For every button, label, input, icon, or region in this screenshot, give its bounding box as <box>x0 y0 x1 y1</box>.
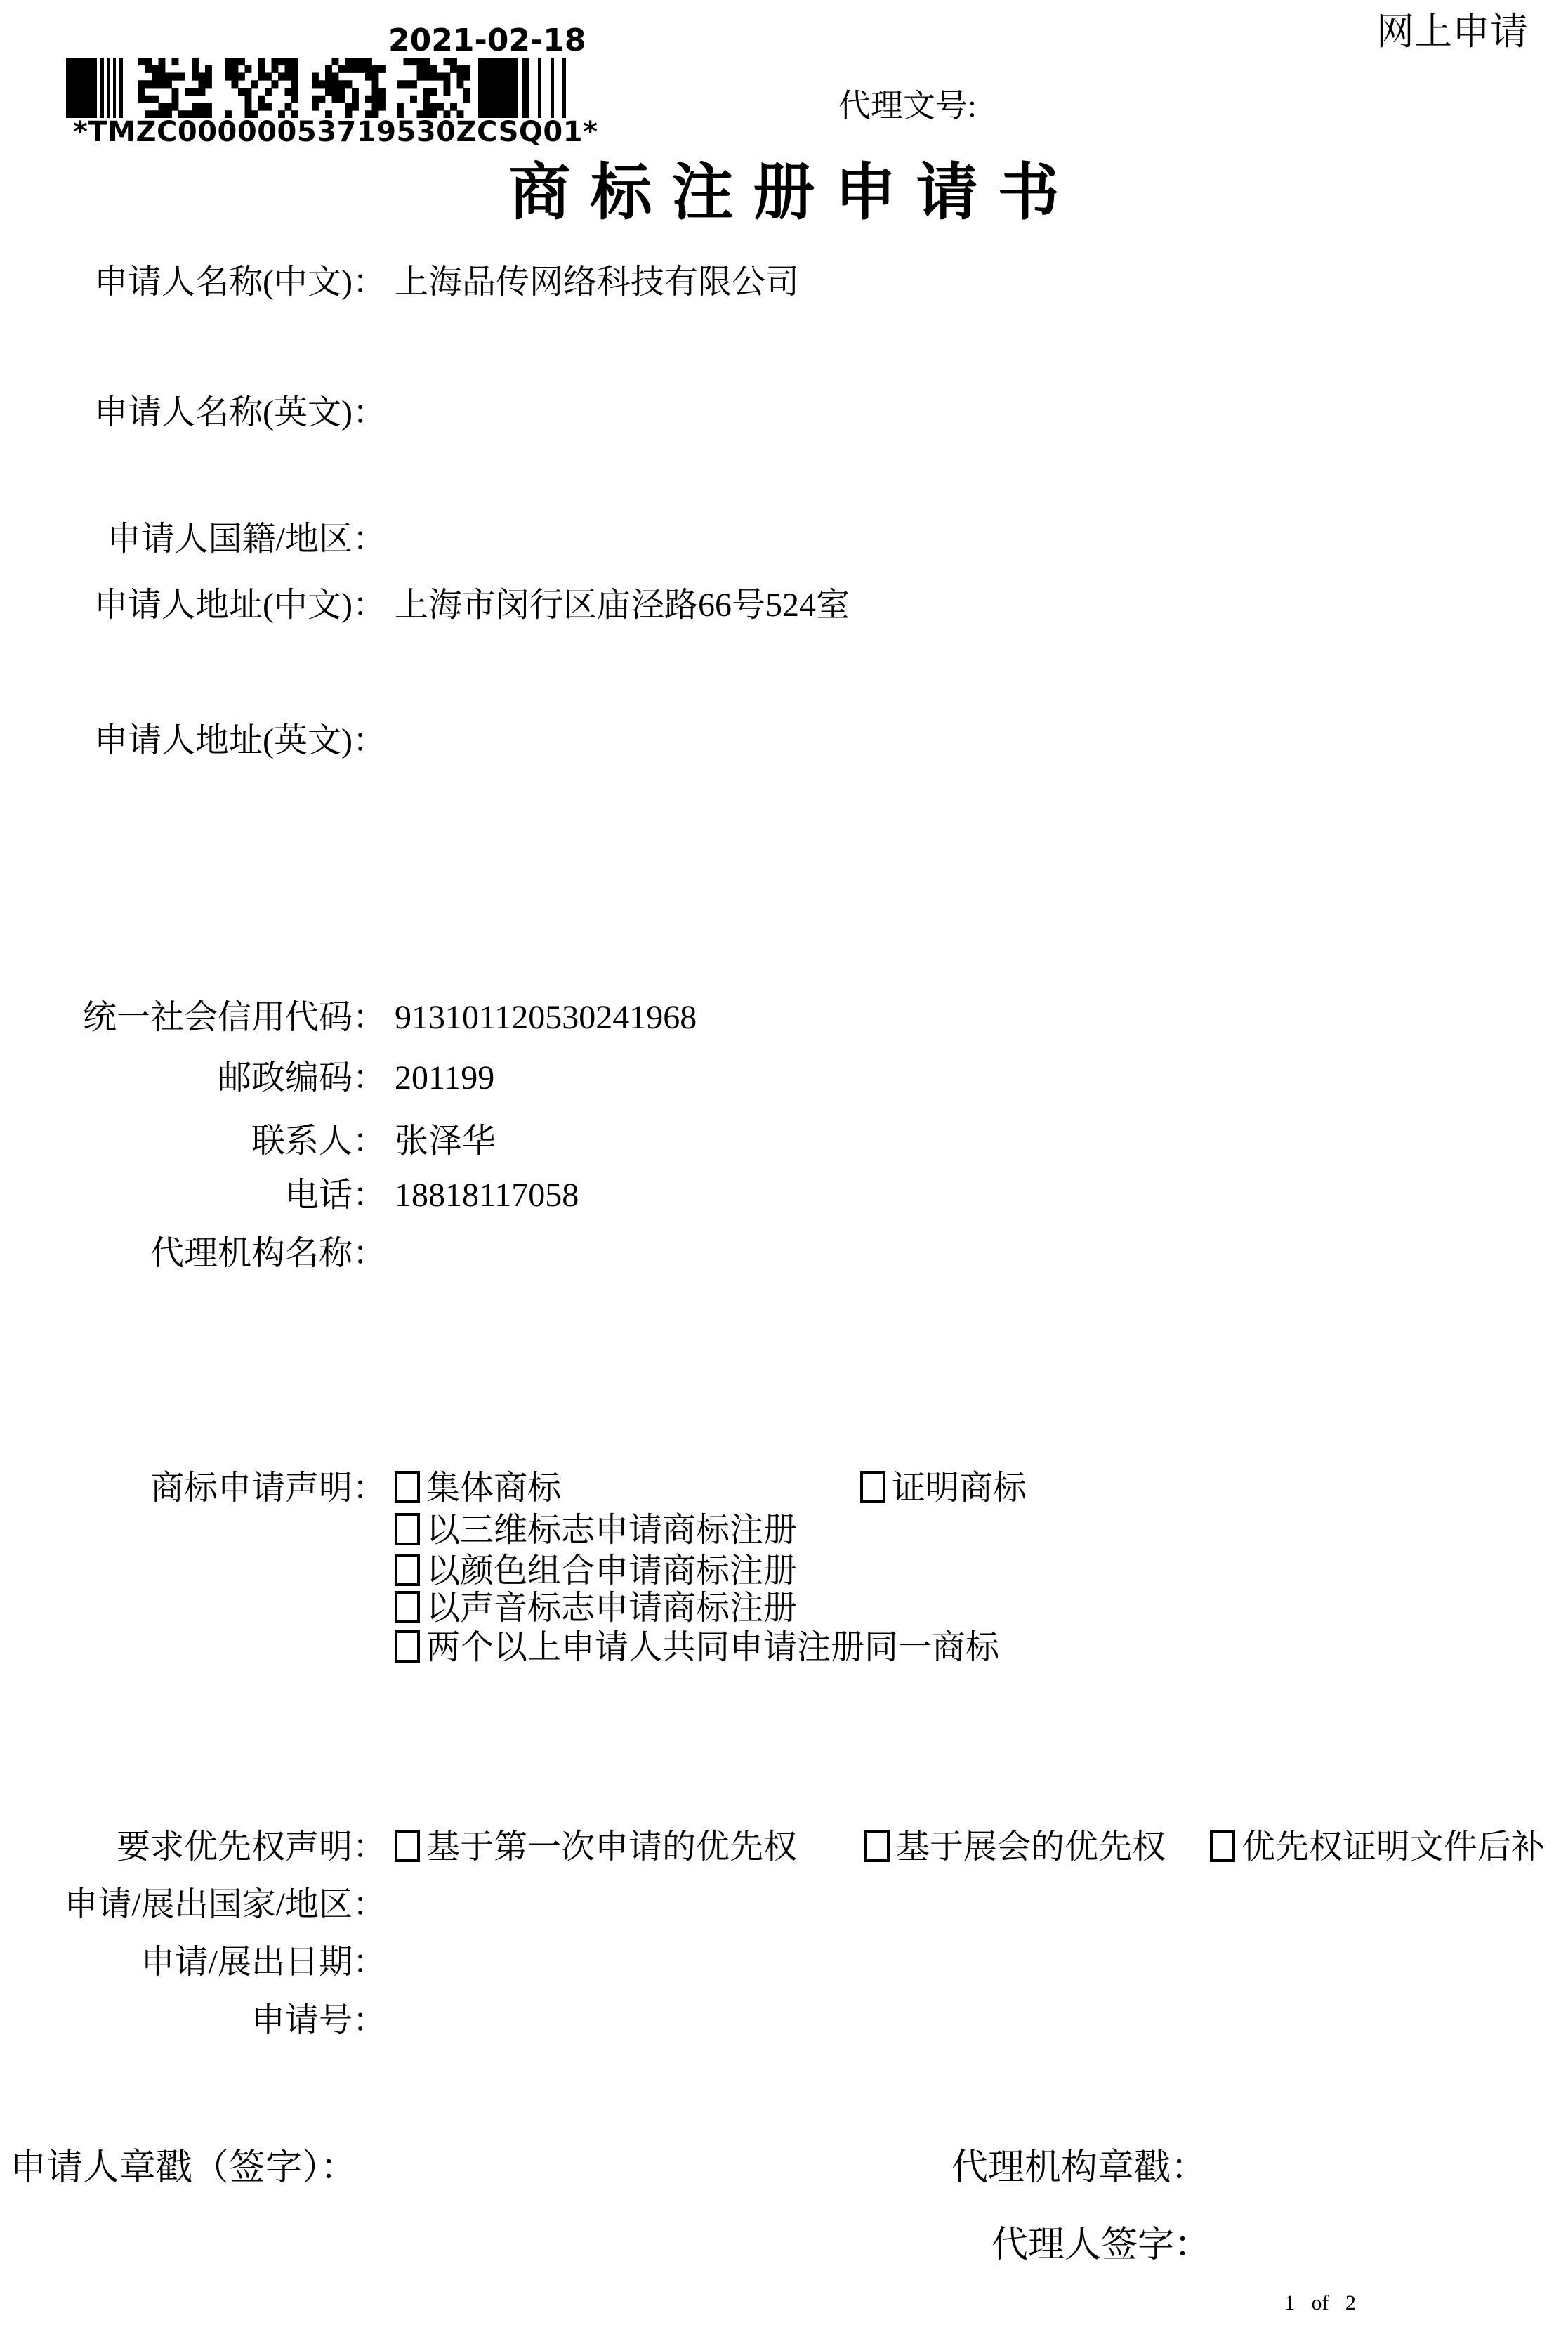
declaration-option-color-combination: 以颜色组合申请商标注册 <box>395 1553 797 1590</box>
field-value-phone: 18818117058 <box>395 1177 579 1214</box>
applicant-seal-label: 申请人章戳（签字）： <box>10 2148 357 2188</box>
field-value-address-cn: 上海市闵行区庙泾路66号524室 <box>395 587 850 624</box>
barcode <box>66 58 569 118</box>
agency-seal-label: 代理机构章戳： <box>951 2148 1207 2188</box>
field-label-agency-name: 代理机构名称： <box>0 1236 386 1273</box>
declaration-label: 商标申请声明： <box>0 1470 386 1507</box>
priority-label: 要求优先权声明： <box>0 1829 386 1866</box>
field-label-nationality: 申请人国籍/地区： <box>0 521 386 558</box>
declaration-option-collective-mark: 集体商标 <box>395 1470 561 1507</box>
priority-option-first-application: 基于第一次申请的优先权 <box>395 1829 797 1866</box>
checkbox-icon <box>395 1513 420 1545</box>
trademark-application-document: 2021-02-18 *TMZC00000053719530ZCSQ01* 网上… <box>0 0 1568 2325</box>
field-value-credit-code: 913101120530241968 <box>395 1000 697 1037</box>
checkbox-icon <box>860 1471 885 1503</box>
declaration-option-3d-mark: 以三维标志申请商标注册 <box>395 1512 797 1550</box>
declaration-option-certification-mark: 证明商标 <box>860 1470 1027 1507</box>
field-label-priority-date: 申请/展出日期： <box>0 1944 386 1982</box>
page-title: 商标注册申请书 <box>0 160 1568 228</box>
field-label-applicant-name-cn: 申请人名称(中文)： <box>0 264 386 301</box>
field-value-postal-code: 201199 <box>395 1060 494 1097</box>
field-label-address-cn: 申请人地址(中文)： <box>0 587 386 624</box>
checkbox-icon <box>395 1630 420 1663</box>
checkbox-icon <box>395 1830 420 1862</box>
online-application-label: 网上申请 <box>1376 11 1528 53</box>
checkbox-icon <box>395 1471 420 1503</box>
field-value-applicant-name-cn: 上海品传网络科技有限公司 <box>395 264 799 301</box>
page-number: 1 of 2 <box>1284 2291 1356 2314</box>
field-label-phone: 电话： <box>0 1177 386 1214</box>
field-label-contact-person: 联系人： <box>0 1123 386 1160</box>
priority-option-exhibition: 基于展会的优先权 <box>864 1829 1166 1866</box>
agent-signature-label: 代理人签字： <box>991 2225 1211 2265</box>
priority-option-documents-later: 优先权证明文件后补 <box>1210 1829 1545 1866</box>
field-label-priority-appno: 申请号： <box>0 2003 386 2040</box>
field-label-credit-code: 统一社会信用代码： <box>0 1000 386 1037</box>
declaration-option-joint-application: 两个以上申请人共同申请注册同一商标 <box>395 1630 999 1667</box>
checkbox-icon <box>395 1591 420 1623</box>
field-label-applicant-name-en: 申请人名称(英文)： <box>0 395 386 432</box>
checkbox-icon <box>864 1830 890 1862</box>
agent-doc-no-label: 代理文号: <box>838 89 977 124</box>
declaration-option-sound-mark: 以声音标志申请商标注册 <box>395 1590 797 1627</box>
field-label-address-en: 申请人地址(英文)： <box>0 723 386 760</box>
field-label-priority-country: 申请/展出国家/地区： <box>0 1887 386 1924</box>
barcode-caption: *TMZC00000053719530ZCSQ01* <box>73 117 598 148</box>
field-label-postal-code: 邮政编码： <box>0 1060 386 1097</box>
document-date: 2021-02-18 <box>388 24 586 58</box>
field-value-contact-person: 张泽华 <box>395 1123 496 1160</box>
checkbox-icon <box>1210 1830 1235 1862</box>
checkbox-icon <box>395 1554 420 1586</box>
